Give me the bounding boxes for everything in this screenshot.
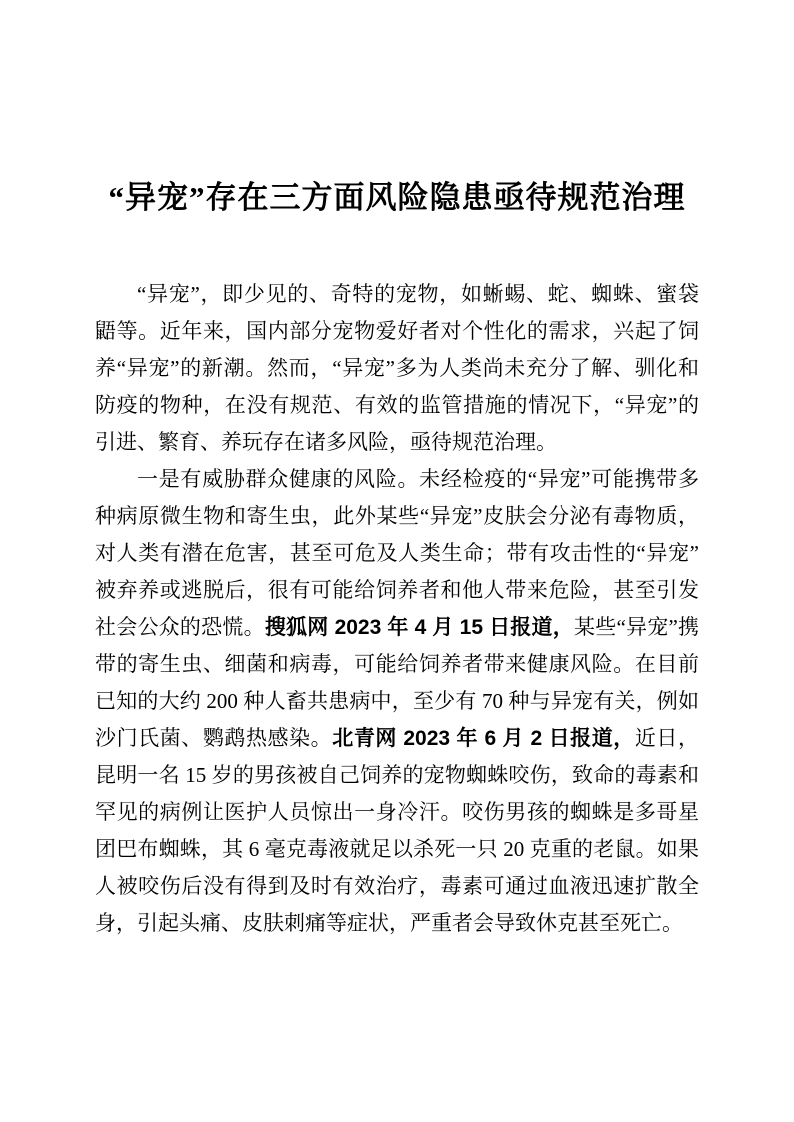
news-source-bold-run: 北青网 2023 年 6 月 2 日报道， (332, 727, 635, 750)
text-run: 一是有威胁群众健康的风险。未经检疫的“异宠”可能携带多种病原微生物和寄生虫，此外… (95, 467, 699, 639)
paragraph-intro: “异宠”，即少见的、奇特的宠物，如蜥蜴、蛇、蜘蛛、蜜袋鼯等。近年来，国内部分宠物… (95, 276, 699, 461)
document-page: “异宠”存在三方面风险隐患亟待规范治理 “异宠”，即少见的、奇特的宠物，如蜥蜴、… (0, 0, 794, 1122)
text-run: 近日，昆明一名 15 岁的男孩被自己饲养的宠物蜘蛛咬伤，致命的毒素和罕见的病例让… (95, 726, 699, 935)
document-title: “异宠”存在三方面风险隐患亟待规范治理 (95, 176, 699, 220)
news-source-bold-run: 搜狐网 2023 年 4 月 15 日报道， (265, 616, 574, 639)
text-run: “异宠”，即少见的、奇特的宠物，如蜥蜴、蛇、蜘蛛、蜜袋鼯等。近年来，国内部分宠物… (95, 282, 699, 454)
document-body: “异宠”，即少见的、奇特的宠物，如蜥蜴、蛇、蜘蛛、蜜袋鼯等。近年来，国内部分宠物… (95, 276, 699, 942)
paragraph-risk-health: 一是有威胁群众健康的风险。未经检疫的“异宠”可能携带多种病原微生物和寄生虫，此外… (95, 461, 699, 942)
